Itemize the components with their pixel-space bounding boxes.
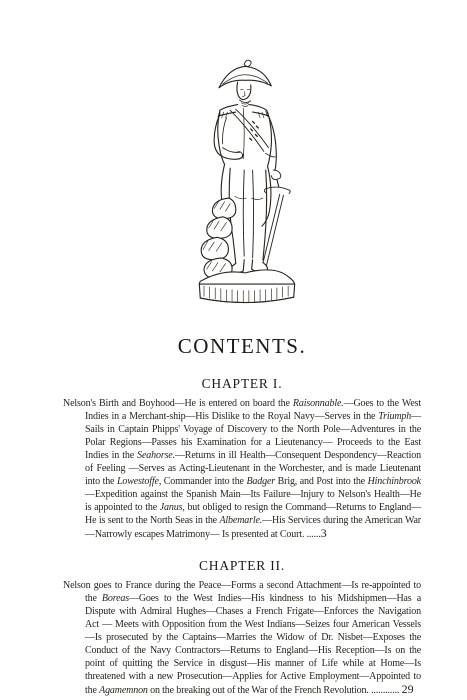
nelson-statue-illustration <box>189 56 305 314</box>
nelson-statue-engraving-svg <box>189 56 305 314</box>
chapter-2-toc: CHAPTER II. Nelson goes to France during… <box>63 558 421 697</box>
contents-title: CONTENTS. <box>63 334 421 359</box>
chapter-2-heading: CHAPTER II. <box>63 558 421 574</box>
chapter-2-entry: Nelson goes to France during the Peace—F… <box>85 579 421 697</box>
contents-section: CONTENTS. CHAPTER I. Nelson's Birth and … <box>63 334 421 697</box>
chapter-1-entry: Nelson's Birth and Boyhood—He is entered… <box>85 397 421 541</box>
chapter-1-toc: CHAPTER I. Nelson's Birth and Boyhood—He… <box>63 376 421 541</box>
book-page: CONTENTS. CHAPTER I. Nelson's Birth and … <box>0 0 467 700</box>
chapter-1-heading: CHAPTER I. <box>63 376 421 392</box>
